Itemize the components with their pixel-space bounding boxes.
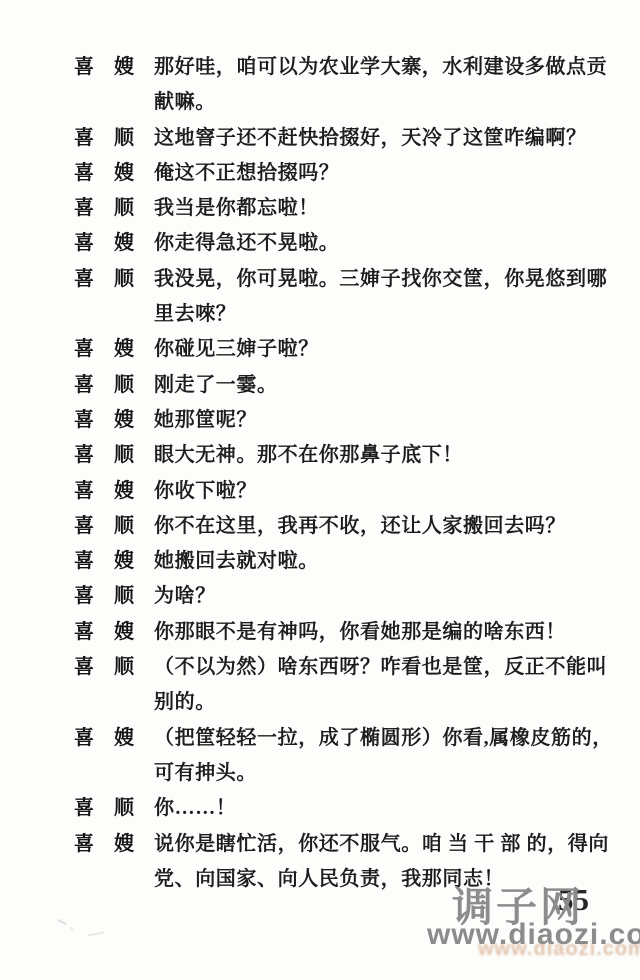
speaker-char-1: 喜 — [74, 544, 94, 573]
dialogue-line: 眼大无神。那不在你那鼻子底下！ — [154, 438, 463, 467]
scanned-script-page: 喜 嫂 那好哇，咱可以为农业学大寨，水利建设多做点贡 献嘛。 喜 顺 这地窨子还… — [0, 0, 640, 980]
dialogue-row: 喜 嫂 她那筐呢？ — [0, 403, 640, 438]
speaker-char-2: 顺 — [114, 791, 134, 820]
speaker-char-1: 喜 — [74, 191, 94, 220]
speaker-char-1: 喜 — [74, 509, 94, 538]
speaker-name: 喜 嫂 — [74, 544, 134, 573]
speaker-char-2: 嫂 — [114, 827, 134, 856]
dialogue-row: 喜 嫂 那好哇，咱可以为农业学大寨，水利建设多做点贡 — [0, 50, 640, 85]
dialogue-line: （不以为然）啥东西呀？咋看也是筐，反正不能叫 — [154, 650, 607, 679]
dialogue-row: 喜 顺 为啥？ — [0, 579, 640, 614]
speaker-name: 喜 顺 — [74, 650, 134, 679]
speaker-name: 喜 嫂 — [74, 156, 134, 185]
pencil-mark — [57, 919, 67, 925]
speaker-char-2: 嫂 — [114, 721, 134, 750]
dialogue-line: 你收下啦？ — [154, 474, 257, 503]
dialogue-line: 里去唻？ — [154, 297, 236, 326]
dialogue-row: 可有抻头。 — [0, 756, 640, 791]
dialogue-row: 喜 顺 我没晃，你可晃啦。三婶子找你交筐，你晃悠到哪 — [0, 262, 640, 297]
speaker-char-2: 顺 — [114, 579, 134, 608]
dialogue-line: 我当是你都忘啦！ — [154, 191, 319, 220]
dialogue-line: 可有抻头。 — [154, 756, 257, 785]
speaker-char-1: 喜 — [74, 403, 94, 432]
speaker-char-1: 喜 — [74, 827, 94, 856]
dialogue-row: 喜 顺 你不在这里，我再不收，还让人家搬回去吗？ — [0, 509, 640, 544]
dialogue-row: 喜 顺 我当是你都忘啦！ — [0, 191, 640, 226]
dialogue-line: 你不在这里，我再不收，还让人家搬回去吗？ — [154, 509, 566, 538]
speaker-name: 喜 嫂 — [74, 474, 134, 503]
speaker-char-1: 喜 — [74, 791, 94, 820]
dialogue-row: 喜 顺 眼大无神。那不在你那鼻子底下！ — [0, 438, 640, 473]
dialogue-line: （把筐轻轻一拉，成了椭圆形）你看,属橡皮筋的， — [154, 721, 613, 750]
speaker-name: 喜 顺 — [74, 262, 134, 291]
speaker-name: 喜 嫂 — [74, 615, 134, 644]
dialogue-row: 喜 顺 刚走了一霎。 — [0, 368, 640, 403]
speaker-char-1: 喜 — [74, 226, 94, 255]
speaker-name: 喜 顺 — [74, 121, 134, 150]
speaker-name: 喜 顺 — [74, 579, 134, 608]
speaker-char-1: 喜 — [74, 262, 94, 291]
dialogue-row: 喜 嫂 你走得急还不晃啦。 — [0, 226, 640, 261]
dialogue-row: 喜 嫂 你那眼不是有神吗，你看她那是编的啥东西！ — [0, 615, 640, 650]
dialogue-line: 她搬回去就对啦。 — [154, 544, 319, 573]
dialogue-row: 喜 嫂 她搬回去就对啦。 — [0, 544, 640, 579]
speaker-char-2: 嫂 — [114, 50, 134, 79]
dialogue-line: 我没晃，你可晃啦。三婶子找你交筐，你晃悠到哪 — [154, 262, 607, 291]
dialogue-line: 你碰见三婶子啦？ — [154, 332, 319, 361]
speaker-name: 喜 嫂 — [74, 721, 134, 750]
dialogue-line: 俺这不正想拾掇吗？ — [154, 156, 339, 185]
speaker-char-2: 顺 — [114, 121, 134, 150]
dialogue-line: 别的。 — [154, 685, 216, 714]
speaker-char-2: 嫂 — [114, 403, 134, 432]
speaker-name: 喜 嫂 — [74, 226, 134, 255]
speaker-char-1: 喜 — [74, 156, 94, 185]
dialogue-row: 喜 嫂 你碰见三婶子啦？ — [0, 332, 640, 367]
speaker-char-1: 喜 — [74, 50, 94, 79]
speaker-char-2: 嫂 — [114, 332, 134, 361]
speaker-name: 喜 顺 — [74, 368, 134, 397]
speaker-char-2: 嫂 — [114, 544, 134, 573]
dialogue-row: 献嘛。 — [0, 85, 640, 120]
speaker-name: 喜 顺 — [74, 191, 134, 220]
speaker-char-2: 顺 — [114, 368, 134, 397]
pencil-mark — [88, 931, 104, 936]
speaker-name: 喜 嫂 — [74, 50, 134, 79]
speaker-char-2: 顺 — [114, 191, 134, 220]
speaker-char-2: 嫂 — [114, 226, 134, 255]
dialogue-line: 你……！ — [154, 791, 236, 820]
speaker-char-1: 喜 — [74, 121, 94, 150]
speaker-char-2: 顺 — [114, 262, 134, 291]
watermark-site-url: www.diaozi.com — [427, 918, 640, 952]
speaker-char-2: 顺 — [114, 650, 134, 679]
speaker-char-1: 喜 — [74, 650, 94, 679]
speaker-name: 喜 嫂 — [74, 332, 134, 361]
speaker-char-1: 喜 — [74, 474, 94, 503]
speaker-char-2: 顺 — [114, 438, 134, 467]
dialogue-row: 喜 嫂 俺这不正想拾掇吗？ — [0, 156, 640, 191]
dialogue-row: 里去唻？ — [0, 297, 640, 332]
speaker-name: 喜 嫂 — [74, 827, 134, 856]
dialogue-row: 喜 嫂 （把筐轻轻一拉，成了椭圆形）你看,属橡皮筋的， — [0, 721, 640, 756]
speaker-char-1: 喜 — [74, 438, 94, 467]
speaker-char-1: 喜 — [74, 579, 94, 608]
dialogue-line: 献嘛。 — [154, 85, 216, 114]
dialogue-line: 刚走了一霎。 — [154, 368, 278, 397]
speaker-char-2: 嫂 — [114, 615, 134, 644]
speaker-char-1: 喜 — [74, 368, 94, 397]
dialogue-row: 喜 顺 这地窨子还不赶快拾掇好，天冷了这筐咋编啊？ — [0, 121, 640, 156]
speaker-char-2: 嫂 — [114, 474, 134, 503]
dialogue-row: 喜 顺 你……！ — [0, 791, 640, 826]
dialogue-list: 喜 嫂 那好哇，咱可以为农业学大寨，水利建设多做点贡 献嘛。 喜 顺 这地窨子还… — [0, 50, 640, 897]
speaker-char-2: 顺 — [114, 509, 134, 538]
speaker-char-2: 嫂 — [114, 156, 134, 185]
speaker-name: 喜 顺 — [74, 509, 134, 538]
speaker-name: 喜 顺 — [74, 791, 134, 820]
speaker-char-1: 喜 — [74, 615, 94, 644]
dialogue-line: 说你是瞎忙活，你还不服气。咱 当 干 部 的，得向 — [154, 827, 609, 856]
dialogue-line: 为啥？ — [154, 579, 216, 608]
dialogue-line: 这地窨子还不赶快拾掇好，天冷了这筐咋编啊？ — [154, 121, 587, 150]
dialogue-row: 喜 顺 （不以为然）啥东西呀？咋看也是筐，反正不能叫 — [0, 650, 640, 685]
speaker-name: 喜 嫂 — [74, 403, 134, 432]
dialogue-row: 喜 嫂 说你是瞎忙活，你还不服气。咱 当 干 部 的，得向 — [0, 827, 640, 862]
dialogue-line: 你走得急还不晃啦。 — [154, 226, 339, 255]
dialogue-row: 喜 嫂 你收下啦？ — [0, 474, 640, 509]
dialogue-line: 你那眼不是有神吗，你看她那是编的啥东西！ — [154, 615, 566, 644]
dialogue-line: 那好哇，咱可以为农业学大寨，水利建设多做点贡 — [154, 50, 607, 79]
dialogue-line: 她那筐呢？ — [154, 403, 257, 432]
speaker-char-1: 喜 — [74, 721, 94, 750]
dialogue-row: 别的。 — [0, 685, 640, 720]
pencil-mark — [70, 927, 74, 931]
speaker-char-1: 喜 — [74, 332, 94, 361]
speaker-name: 喜 顺 — [74, 438, 134, 467]
